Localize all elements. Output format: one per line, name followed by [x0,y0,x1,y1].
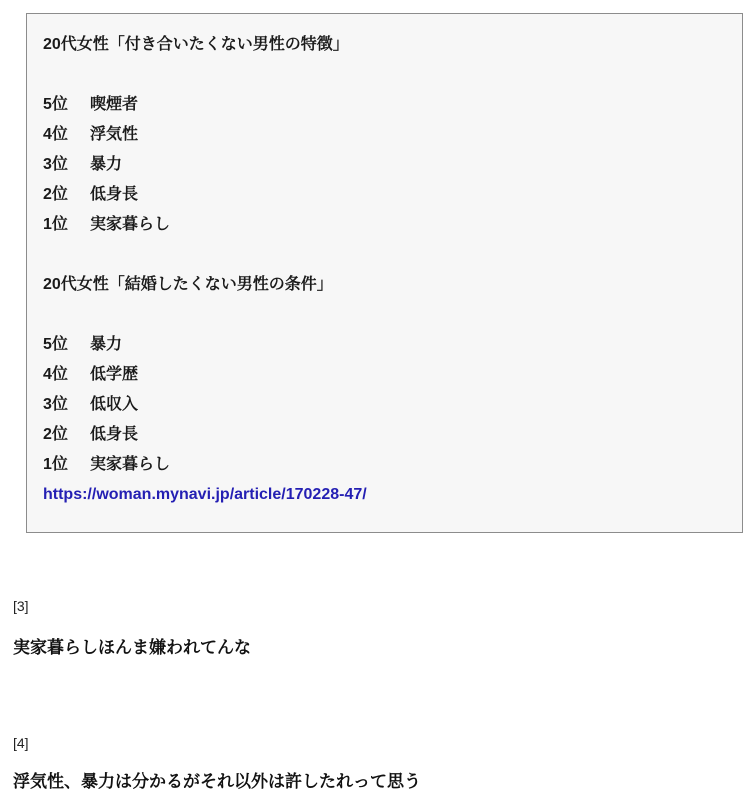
rank-label: 喫煙者 [90,96,138,113]
rank-label: 低身長 [90,426,138,443]
rank-number: 5位 [43,330,90,360]
blank-line [43,300,726,330]
quote-section2-title: 20代女性「結婚したくない男性の条件」 [43,270,726,300]
ranking1-item-5: 5位喫煙者 [43,90,726,120]
comment-number-3: [3] [13,597,29,615]
rank-label: 実家暮らし [90,216,170,233]
rank-label: 低身長 [90,186,138,203]
rank-number: 4位 [43,120,90,150]
ranking1-item-2: 2位低身長 [43,180,726,210]
rank-label: 低学歴 [90,366,138,383]
rank-number: 3位 [43,150,90,180]
ranking1-item-4: 4位浮気性 [43,120,726,150]
rank-label: 浮気性 [90,126,138,143]
quote-section1-title: 20代女性「付き合いたくない男性の特徴」 [43,30,726,60]
ranking2-item-1: 1位実家暮らし [43,450,726,480]
ranking2-item-3: 3位低収入 [43,390,726,420]
ranking2-item-2: 2位低身長 [43,420,726,450]
ranking2-item-5: 5位暴力 [43,330,726,360]
ranking1-item-1: 1位実家暮らし [43,210,726,240]
comment-body-3: 実家暮らしほんま嫌われてんな [13,637,251,659]
ranking2-item-4: 4位低学歴 [43,360,726,390]
rank-number: 1位 [43,450,90,480]
rank-label: 暴力 [90,336,122,353]
source-article-link[interactable]: https://woman.mynavi.jp/article/170228-4… [43,486,367,503]
rank-number: 2位 [43,180,90,210]
rank-label: 実家暮らし [90,456,170,473]
rank-number: 3位 [43,390,90,420]
comment-number-4: [4] [13,734,29,752]
source-link-line: https://woman.mynavi.jp/article/170228-4… [43,480,726,510]
rank-number: 2位 [43,420,90,450]
comment-body-4: 浮気性、暴力は分かるがそれ以外は許したれって思う [13,771,421,793]
ranking1-item-3: 3位暴力 [43,150,726,180]
rank-label: 暴力 [90,156,122,173]
quoted-post-box: 20代女性「付き合いたくない男性の特徴」 5位喫煙者 4位浮気性 3位暴力 2位… [26,13,743,533]
rank-number: 4位 [43,360,90,390]
rank-label: 低収入 [90,396,138,413]
rank-number: 1位 [43,210,90,240]
rank-number: 5位 [43,90,90,120]
blank-line [43,240,726,270]
blank-line [43,60,726,90]
